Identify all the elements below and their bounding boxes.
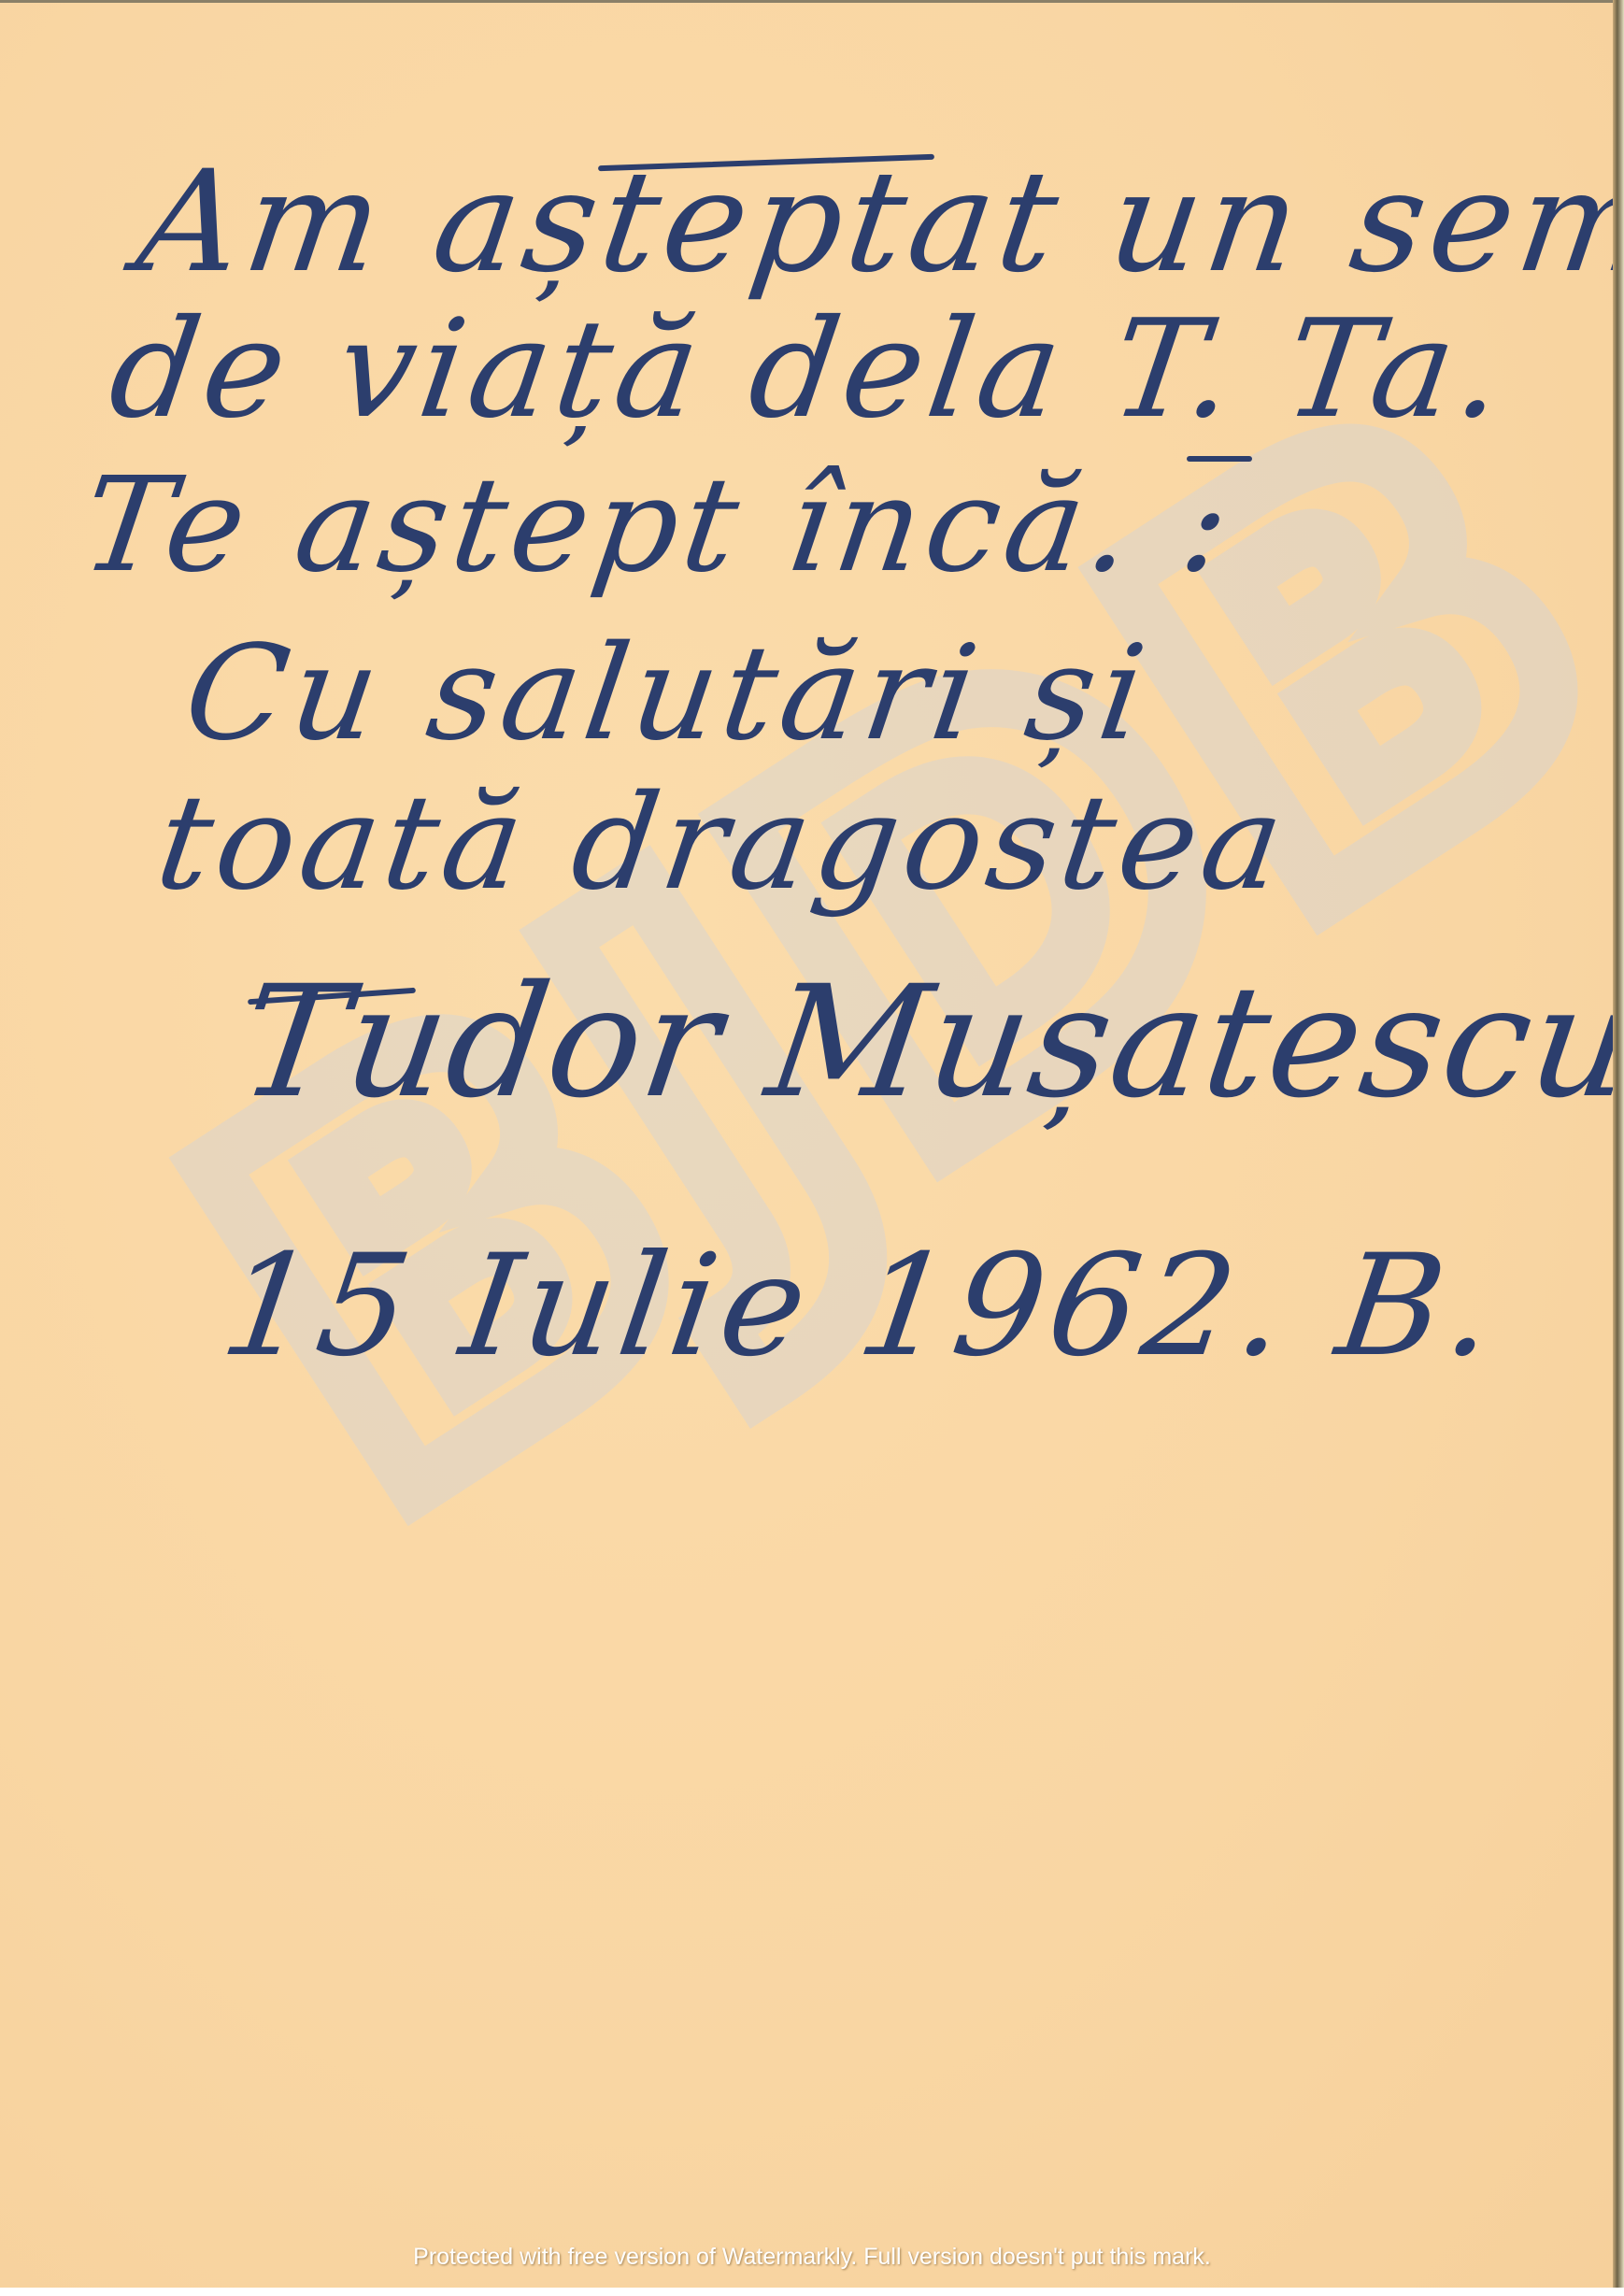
letter-line-2: de viață dela T. Ta. [103,302,1517,437]
letter-line-1: Am așteptat un semn [130,152,1624,292]
scanned-page: BJDB Am așteptat un semn de viață dela T… [0,0,1615,2288]
signature: Tudor Mușatescu [232,965,1624,1119]
letter-line-4: Cu salutări și [178,629,1157,760]
letter-line-5: toată dragostea [150,778,1295,909]
letter-date: 15 Iulie 1962. B. [214,1236,1508,1376]
watermarkly-footer-note: Protected with free version of Watermark… [0,2244,1624,2271]
bottom-margin [0,2288,1624,2296]
handwritten-letter: Am așteptat un semn de viață dela T. Ta.… [0,3,1615,2288]
page-spine-edge [1613,0,1624,2288]
letter-line-3: Te aștept încă. : [75,461,1242,592]
